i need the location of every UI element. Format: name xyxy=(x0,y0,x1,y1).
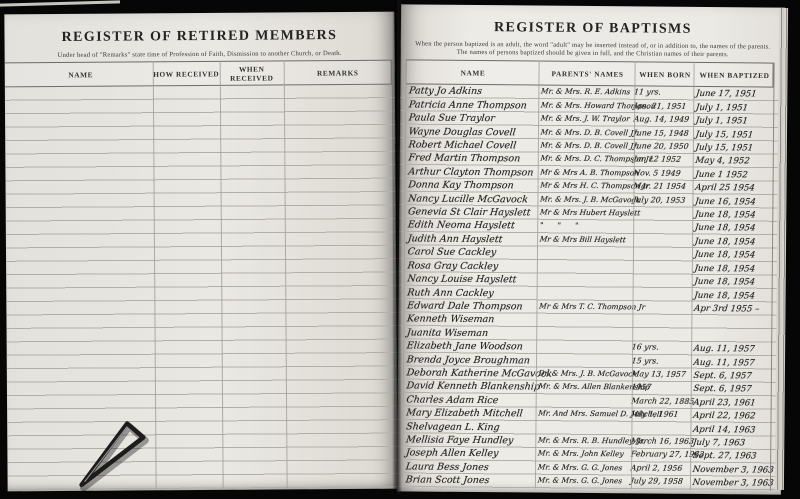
entry-name: Brian Scott Jones xyxy=(405,475,490,488)
entry-born: Nov. 5 1949 xyxy=(633,167,682,179)
entry-baptized: Sept. 6, 1957 xyxy=(693,370,753,382)
entry-name: Arthur Clayton Thompson xyxy=(408,166,534,179)
entry-name: Wayne Douglas Covell xyxy=(408,126,516,139)
column-header-when-baptized: WHEN BAPTIZED xyxy=(694,70,774,80)
column-header-when-received: WHEN RECEIVED xyxy=(220,64,284,82)
entry-born: May 13, 1957 xyxy=(631,368,687,380)
entry-name: Patricia Anne Thompson xyxy=(408,99,527,112)
entry-baptized: Sept. 6, 1957 xyxy=(693,383,753,395)
entry-baptized: Apr 3rd 1955 – xyxy=(693,303,760,316)
entry-baptized: June 18, 1954 xyxy=(694,263,756,276)
left-page-subtitle: Under head of "Remarks" state time of Pr… xyxy=(5,50,395,61)
entry-born: July 29, 1958 xyxy=(630,476,684,488)
entry-name: Mary Elizabeth Mitchell xyxy=(406,408,524,421)
entry-name: Shelvagean L. King xyxy=(405,421,500,434)
entry-born: March 22, 1885 xyxy=(631,395,695,408)
entry-name: Juanita Wiseman xyxy=(406,327,489,340)
entry-baptized: June 1 1952 xyxy=(695,169,749,181)
entry-parents: Mr. & Mrs. G. G. Jones xyxy=(537,461,623,474)
entry-baptized: July 15, 1951 xyxy=(695,142,754,154)
entry-born: Jan. 21, 1951 xyxy=(633,100,687,112)
entry-baptized: November 3, 1963 xyxy=(692,477,774,490)
entry-born: Mar. 21 1954 xyxy=(632,181,686,193)
entry-baptized: June 18, 1954 xyxy=(694,222,756,235)
entry-baptized: Aug. 11, 1957 xyxy=(693,343,755,356)
entry-baptized: April 25 1954 xyxy=(694,182,755,195)
entry-name: Mellisia Faye Hundley xyxy=(405,434,514,447)
entry-name: Brenda Joyce Broughman xyxy=(406,354,531,367)
entry-name: Rosa Gray Cackley xyxy=(407,260,499,273)
entry-parents: Mr & Mrs A. B. Thompson xyxy=(540,166,640,179)
entry-baptized: July 1, 1951 xyxy=(695,115,748,127)
entry-baptized: June 16, 1954 xyxy=(694,196,756,209)
entry-baptized: June 18, 1954 xyxy=(694,289,756,302)
entry-born: Jan 12 1952 xyxy=(633,154,682,166)
entry-name: Nancy Lucille McGavock xyxy=(407,193,528,206)
entry-name: Robert Michael Covell xyxy=(408,139,517,152)
entry-name: Fred Martin Thompson xyxy=(408,153,521,166)
book-scan: REGISTER OF RETIRED MEMBERS Under head o… xyxy=(0,0,800,499)
column-header-remarks: REMARKS xyxy=(284,68,392,78)
entry-parents: Dr. & Mrs. J. B. McGavock xyxy=(538,367,638,380)
entry-born: March 16, 1963 xyxy=(630,435,694,448)
entry-name: Elizabeth Jane Woodson xyxy=(406,341,523,354)
entry-name: Paula Sue Traylor xyxy=(408,113,495,126)
entry-name: Ruth Ann Cackley xyxy=(407,287,495,300)
entry-baptized: Sept. 27, 1963 xyxy=(692,450,757,463)
entry-baptized: June 17, 1951 xyxy=(695,88,757,101)
entry-name: Patty Jo Adkins xyxy=(408,86,482,99)
baptism-entries: Patty Jo Adkins Mr. & Mrs. R. E. Adkins … xyxy=(397,84,785,490)
entry-name: Joseph Allen Kelley xyxy=(405,448,499,461)
entry-born: 16 yrs. xyxy=(631,341,659,353)
entry-baptized: July 7, 1963 xyxy=(692,437,745,449)
entry-name: Carol Sue Cackley xyxy=(407,247,497,260)
entry-parents: Mr & Mrs Hubert Hayslett xyxy=(539,207,641,220)
entry-name: Genevia St Clair Hayslett xyxy=(407,206,531,219)
column-header-parents-names: PARENTS' NAMES xyxy=(539,69,635,79)
entry-parents: Mr & Mrs T. C. Thompson Jr xyxy=(538,300,645,313)
register-row: Brian Scott Jones Mr. & Mrs. G. G. Jones… xyxy=(397,473,781,490)
entry-baptized: July 15, 1951 xyxy=(695,129,754,141)
cover-edge xyxy=(0,0,120,6)
entry-born: 15 yrs. xyxy=(631,355,659,367)
column-header-name: NAME xyxy=(9,69,153,79)
entry-parents: Mr. & Mrs. G. G. Jones xyxy=(537,475,623,488)
entry-name: Edith Neoma Hayslett xyxy=(407,220,515,233)
entry-baptized: November 3, 1963 xyxy=(692,464,774,477)
entry-born: 1957 xyxy=(631,382,652,394)
entry-born: 11 yrs. xyxy=(633,87,661,99)
column-header-how-received: HOW RECEIVED xyxy=(153,69,220,78)
entry-parents: Mr. & Mrs. D. B. Covell Jr. xyxy=(540,126,639,139)
left-table-header: NAME HOW RECEIVED WHEN RECEIVED REMARKS xyxy=(5,60,392,88)
entry-baptized: April 22, 1962 xyxy=(692,410,756,423)
entry-baptized: April 14, 1963 xyxy=(692,423,756,436)
entry-born: July 20, 1953 xyxy=(632,194,686,206)
right-page-title: REGISTER OF BAPTISMS xyxy=(401,19,785,38)
entry-born: June 15, 1948 xyxy=(633,127,689,139)
entry-baptized: April 23, 1961 xyxy=(693,397,757,410)
entry-parents: Mr. & Mrs. J. W. Traylor xyxy=(540,113,630,126)
entry-born: July 1, 1961 xyxy=(631,409,680,421)
entry-parents: Mr. & Mrs. J. B. McGavock xyxy=(539,193,640,206)
entry-parents: Mr & Mrs Bill Hayslett xyxy=(539,233,626,246)
left-page-title: REGISTER OF RETIRED MEMBERS xyxy=(4,28,394,47)
entry-parents: " " " xyxy=(539,220,579,232)
entry-name: Kenneth Wiseman xyxy=(406,314,495,327)
book-gutter xyxy=(392,0,402,494)
entry-parents: Mr. & Mrs. R. E. Adkins xyxy=(540,86,631,99)
entry-baptized: May 4, 1952 xyxy=(695,155,751,167)
entry-baptized: June 18, 1954 xyxy=(694,236,756,249)
entry-name: Edward Dale Thompson xyxy=(406,300,523,313)
entry-baptized: July 1, 1951 xyxy=(695,102,748,114)
entry-baptized: June 18, 1954 xyxy=(694,276,756,289)
column-header-name: NAME xyxy=(407,67,540,77)
entry-baptized: Aug. 11, 1957 xyxy=(693,356,755,369)
entry-name: Laura Bess Jones xyxy=(405,461,489,474)
entry-parents: Mr. & Mrs. John Kelley xyxy=(537,448,624,461)
baptism-table-header: NAME PARENTS' NAMES WHEN BORN WHEN BAPTI… xyxy=(405,59,773,87)
column-header-when-born: WHEN BORN xyxy=(635,69,694,79)
left-table-ruled-area xyxy=(5,85,398,491)
entry-baptized: June 18, 1954 xyxy=(694,209,756,222)
entry-baptized: June 18, 1954 xyxy=(694,249,756,262)
entry-name: Judith Ann Hayslett xyxy=(407,233,503,246)
right-page: REGISTER OF BAPTISMS When the person bap… xyxy=(397,4,785,494)
entry-name: Charles Adam Rice xyxy=(406,394,499,407)
entry-born: April 2, 1956 xyxy=(630,462,683,474)
entry-name: Donna Kay Thompson xyxy=(407,180,514,193)
wire-clip-icon xyxy=(67,418,168,499)
left-page: REGISTER OF RETIRED MEMBERS Under head o… xyxy=(4,12,397,492)
entry-born: Aug. 14, 1949 xyxy=(633,114,690,126)
entry-name: Nancy Louise Hayslett xyxy=(407,273,517,286)
entry-born: June 20, 1950 xyxy=(633,140,689,152)
entry-parents: Mr. & Mrs. D. B. Covell Jr. xyxy=(540,140,639,153)
